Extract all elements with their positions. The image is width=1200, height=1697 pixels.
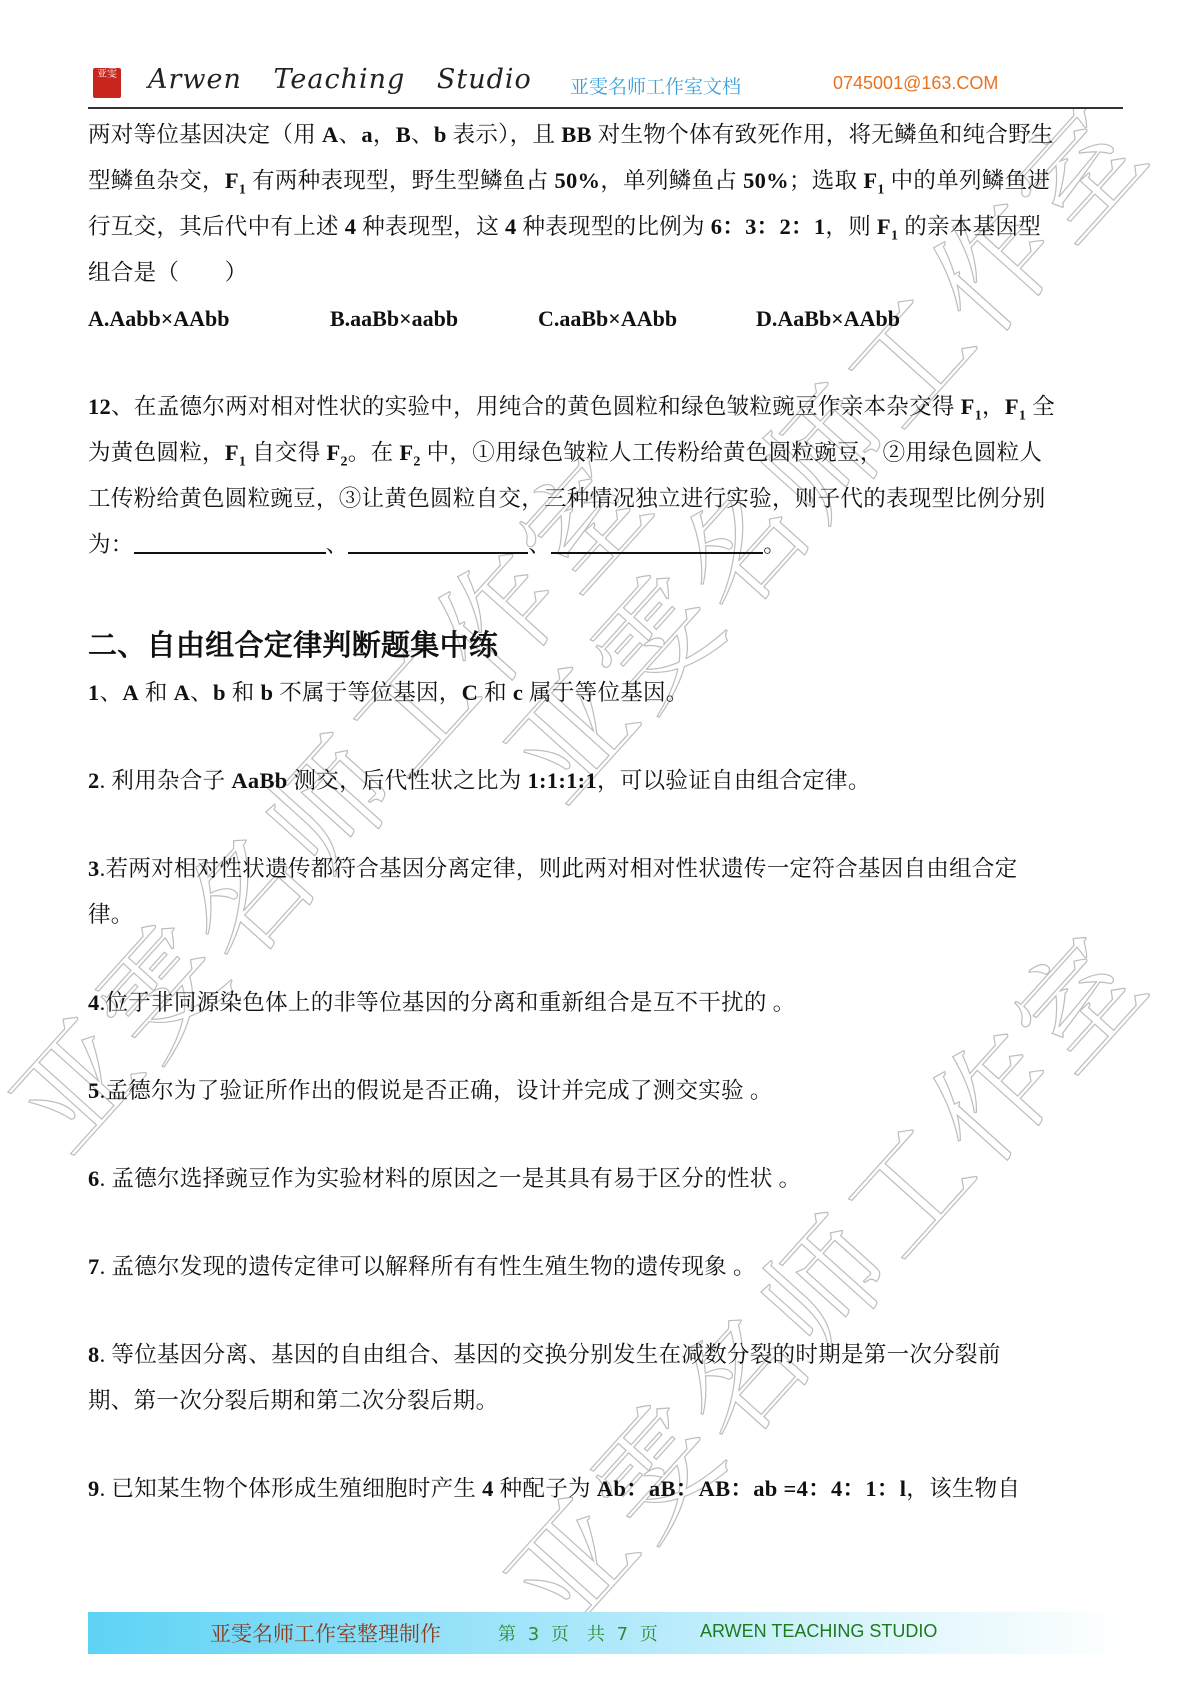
footer-maker: 亚雯名师工作室整理制作 bbox=[210, 1618, 441, 1648]
option-b: B.aaBb×aabb bbox=[330, 296, 538, 342]
section-title: 二、自由组合定律判断题集中练 bbox=[88, 620, 1123, 670]
answer-blank-3[interactable] bbox=[551, 530, 763, 554]
judgement-item-1: 1、A 和 A、b 和 b 不属于等位基因，C 和 c 属于等位基因。 bbox=[88, 670, 1123, 716]
judgement-item-3-cont: 律。 bbox=[88, 892, 1123, 938]
document-title: 亚雯名师工作室文档 bbox=[570, 72, 741, 99]
judgement-item-3: 3.若两对相对性状遗传都符合基因分离定律，则此两对相对性状遗传一定符合基因自由组… bbox=[88, 846, 1123, 892]
judgement-item-9: 9. 已知某生物个体形成生殖细胞时产生 4 种配子为 Ab：aB：AB：ab =… bbox=[88, 1466, 1123, 1512]
answer-blank-1[interactable] bbox=[134, 530, 326, 554]
footer-brand: ARWEN TEACHING STUDIO bbox=[700, 1621, 937, 1642]
q11-line-1: 两对等位基因决定（用 A、a，B、b 表示），且 BB 对生物个体有致死作用，将… bbox=[88, 112, 1123, 158]
judgement-item-2: 2. 利用杂合子 AaBb 测交，后代性状之比为 1:1:1:1，可以验证自由组… bbox=[88, 758, 1123, 804]
judgement-item-4: 4.位于非同源染色体上的非等位基因的分离和重新组合是互不干扰的 。 bbox=[88, 980, 1123, 1026]
q11-line-4: 组合是（ ） bbox=[88, 250, 1123, 296]
studio-name: Arwen Teaching Studio bbox=[148, 64, 532, 95]
q11-line-3: 行互交，其后代中有上述 4 种表现型，这 4 种表现型的比例为 6：3：2：1，… bbox=[88, 204, 1123, 250]
document-body: 两对等位基因决定（用 A、a，B、b 表示），且 BB 对生物个体有致死作用，将… bbox=[88, 112, 1123, 1512]
header-divider bbox=[88, 107, 1123, 109]
q11-options: A.Aabb×AAbb B.aaBb×aabb C.aaBb×AAbb D.Aa… bbox=[88, 296, 1123, 342]
judgement-item-6: 6. 孟德尔选择豌豆作为实验材料的原因之一是其具有易于区分的性状 。 bbox=[88, 1156, 1123, 1202]
option-a: A.Aabb×AAbb bbox=[88, 296, 330, 342]
judgement-item-8: 8. 等位基因分离、基因的自由组合、基因的交换分别发生在减数分裂的时期是第一次分… bbox=[88, 1332, 1123, 1378]
q12-line-4: 为：、、。 bbox=[88, 522, 1123, 568]
q11-line-2: 型鳞鱼杂交，F1 有两种表现型，野生型鳞鱼占 50%，单列鳞鱼占 50%；选取 … bbox=[88, 158, 1123, 204]
answer-blank-2[interactable] bbox=[348, 530, 528, 554]
option-c: C.aaBb×AAbb bbox=[538, 296, 756, 342]
page-footer: 亚雯名师工作室整理制作 第 3 页 共 7 页 ARWEN TEACHING S… bbox=[88, 1612, 1128, 1654]
page-indicator: 第 3 页 共 7 页 bbox=[498, 1620, 658, 1646]
q12-line-1: 12、在孟德尔两对相对性状的实验中，用纯合的黄色圆粒和绿色皱粒豌豆作亲本杂交得 … bbox=[88, 384, 1123, 430]
seal-logo-icon: 亚雯 bbox=[93, 68, 121, 98]
judgement-item-7: 7. 孟德尔发现的遗传定律可以解释所有有性生殖生物的遗传现象 。 bbox=[88, 1244, 1123, 1290]
page-header: 亚雯 Arwen Teaching Studio 亚雯名师工作室文档 07450… bbox=[88, 60, 1123, 106]
option-d: D.AaBb×AAbb bbox=[756, 296, 900, 342]
judgement-item-8-cont: 期、第一次分裂后期和第二次分裂后期。 bbox=[88, 1378, 1123, 1424]
q12-line-3: 工传粉给黄色圆粒豌豆，③让黄色圆粒自交，三种情况独立进行实验，则子代的表现型比例… bbox=[88, 476, 1123, 522]
contact-email: 0745001@163.COM bbox=[833, 73, 998, 94]
judgement-item-5: 5.孟德尔为了验证所作出的假说是否正确，设计并完成了测交实验 。 bbox=[88, 1068, 1123, 1114]
q12-line-2: 为黄色圆粒，F1 自交得 F2。在 F2 中，①用绿色皱粒人工传粉给黄色圆粒豌豆… bbox=[88, 430, 1123, 476]
